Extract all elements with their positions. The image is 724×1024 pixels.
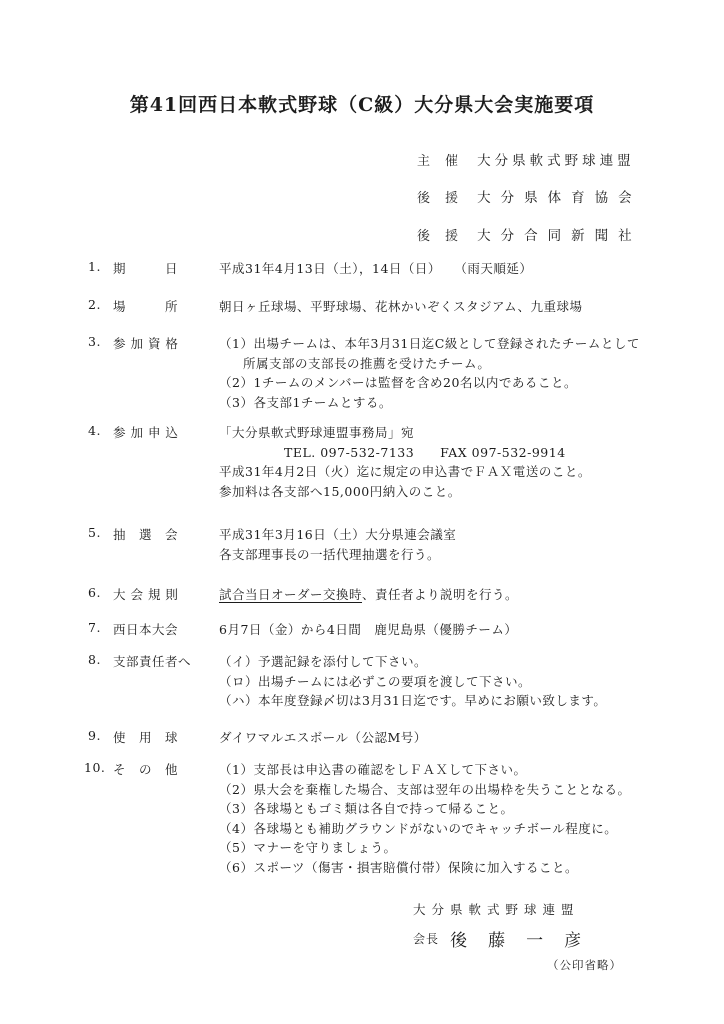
underlined-text: 試合当日オーダー交換時 (219, 587, 362, 602)
item-text: （2）県大会を棄権した場合、支部は翌年の出場枠を失うこととなる。 (219, 780, 694, 800)
item-label: 参 加 申 込 (113, 423, 178, 441)
item-label: そ の 他 (113, 760, 178, 778)
item-application: 4. 参 加 申 込 「大分県軟式野球連盟事務局」宛 TEL. 097-532-… (88, 423, 694, 501)
item-number: 3. (88, 334, 112, 349)
item-text: 平成31年4月2日（火）迄に規定の申込書でＦＡＸ電送のこと。 (219, 462, 694, 482)
item-text: 、責任者より説明を行う。 (362, 587, 518, 602)
item-rules: 6. 大 会 規 則 試合当日オーダー交換時、責任者より説明を行う。 (88, 585, 694, 605)
item-official-ball: 9. 使 用 球 ダイワマルエスボール（公認M号） (88, 728, 694, 748)
item-text: （イ）予選記録を添付して下さい。 (219, 652, 694, 672)
item-label: 支部責任者へ (113, 652, 191, 670)
item-label: 参 加 資 格 (113, 334, 178, 352)
item-label: 大 会 規 則 (113, 585, 178, 603)
seal-omitted-note: （公印省略） (547, 957, 622, 973)
item-others: 10. そ の 他 （1）支部長は申込書の確認をしＦＡＸして下さい。 （2）県大… (88, 760, 694, 878)
item-text: （3）各球場ともゴミ類は各自で持って帰ること。 (219, 799, 694, 819)
item-label: 期 日 (113, 259, 178, 277)
item-text: （1）出場チームは、本年3月31日迄C級として登録されたチームとして (219, 334, 694, 354)
item-text: 平成31年4月13日（土），14日（日） （雨天順延） (219, 259, 694, 279)
item-number: 8. (88, 652, 112, 667)
item-number: 4. (88, 423, 112, 438)
sponsor-row-shusai: 主 催 大分県軟式野球連盟 (417, 149, 635, 169)
item-text: （6）スポーツ（傷害・損害賠償付帯）保険に加入すること。 (219, 858, 694, 878)
sponsor-name: 大分県軟式野球連盟 (477, 153, 635, 169)
item-text: 朝日ヶ丘球場、平野球場、花林かいぞくスタジアム、九重球場 (219, 297, 694, 317)
contact-phone-fax: TEL. 097-532-7133 FAX 097-532-9914 (219, 443, 694, 463)
item-number: 6. (88, 585, 112, 600)
item-text: （ロ）出場チームには必ずこの要項を渡して下さい。 (219, 672, 694, 692)
item-eligibility: 3. 参 加 資 格 （1）出場チームは、本年3月31日迄C級として登録されたチ… (88, 334, 694, 412)
item-text: （2）1チームのメンバーは監督を含め20名以内であること。 (219, 373, 694, 393)
item-number: 1. (88, 259, 112, 274)
footer-signature: 会長 後 藤 一 彦 (413, 926, 583, 951)
sponsor-role: 主 催 (417, 150, 473, 169)
sponsor-name: 大分県体育協会 (477, 190, 642, 206)
item-text: 「大分県軟式野球連盟事務局」宛 (219, 423, 694, 443)
item-date: 1. 期 日 平成31年4月13日（土），14日（日） （雨天順延） (88, 259, 694, 279)
item-label: 使 用 球 (113, 728, 178, 746)
item-label: 場 所 (113, 297, 178, 315)
item-number: 2. (88, 297, 112, 312)
item-text: （5）マナーを守りましょう。 (219, 838, 694, 858)
sponsor-role: 後 援 (417, 225, 473, 244)
item-text: （1）支部長は申込書の確認をしＦＡＸして下さい。 (219, 760, 694, 780)
page-title: 第41回西日本軟式野球（C級）大分県大会実施要項 (0, 90, 724, 117)
item-text: （ハ）本年度登録〆切は3月31日迄です。早めにお願い致します。 (219, 691, 694, 711)
sponsor-row-koen-1: 後 援 大分県体育協会 (417, 186, 642, 206)
chairman-title: 会長 (413, 932, 439, 946)
item-text: 6月7日（金）から4日間 鹿児島県（優勝チーム） (219, 620, 694, 640)
item-text: 試合当日オーダー交換時、責任者より説明を行う。 (219, 585, 694, 605)
item-text: 参加料は各支部へ15,000円納入のこと。 (219, 482, 694, 502)
item-branch-managers: 8. 支部責任者へ （イ）予選記録を添付して下さい。 （ロ）出場チームには必ずこ… (88, 652, 694, 711)
chairman-name: 後 藤 一 彦 (450, 931, 583, 951)
item-number: 9. (88, 728, 112, 743)
sponsor-row-koen-2: 後 援 大分合同新聞社 (417, 224, 642, 244)
item-west-japan-tournament: 7. 西日本大会 6月7日（金）から4日間 鹿児島県（優勝チーム） (88, 620, 694, 640)
item-venue: 2. 場 所 朝日ヶ丘球場、平野球場、花林かいぞくスタジアム、九重球場 (88, 297, 694, 317)
item-text: 平成31年3月16日（土）大分県連会議室 (219, 525, 694, 545)
footer-organization: 大分県軟式野球連盟 (413, 900, 580, 918)
item-number: 7. (88, 620, 112, 635)
item-label: 抽 選 会 (113, 525, 178, 543)
sponsor-name: 大分合同新聞社 (477, 228, 642, 244)
item-number: 5. (88, 525, 112, 540)
sponsor-role: 後 援 (417, 187, 473, 206)
item-number: 10. (84, 760, 108, 775)
item-text: （4）各球場とも補助グラウンドがないのでキャッチボール程度に。 (219, 819, 694, 839)
item-text: （3）各支部1チームとする。 (219, 393, 694, 413)
document-page: 第41回西日本軟式野球（C級）大分県大会実施要項 主 催 大分県軟式野球連盟 後… (0, 0, 724, 1024)
item-text: 各支部理事長の一括代理抽選を行う。 (219, 545, 694, 565)
item-lottery: 5. 抽 選 会 平成31年3月16日（土）大分県連会議室 各支部理事長の一括代… (88, 525, 694, 564)
item-text: ダイワマルエスボール（公認M号） (219, 728, 694, 748)
item-text: 所属支部の支部長の推薦を受けたチーム。 (219, 354, 694, 374)
item-label: 西日本大会 (113, 620, 178, 638)
